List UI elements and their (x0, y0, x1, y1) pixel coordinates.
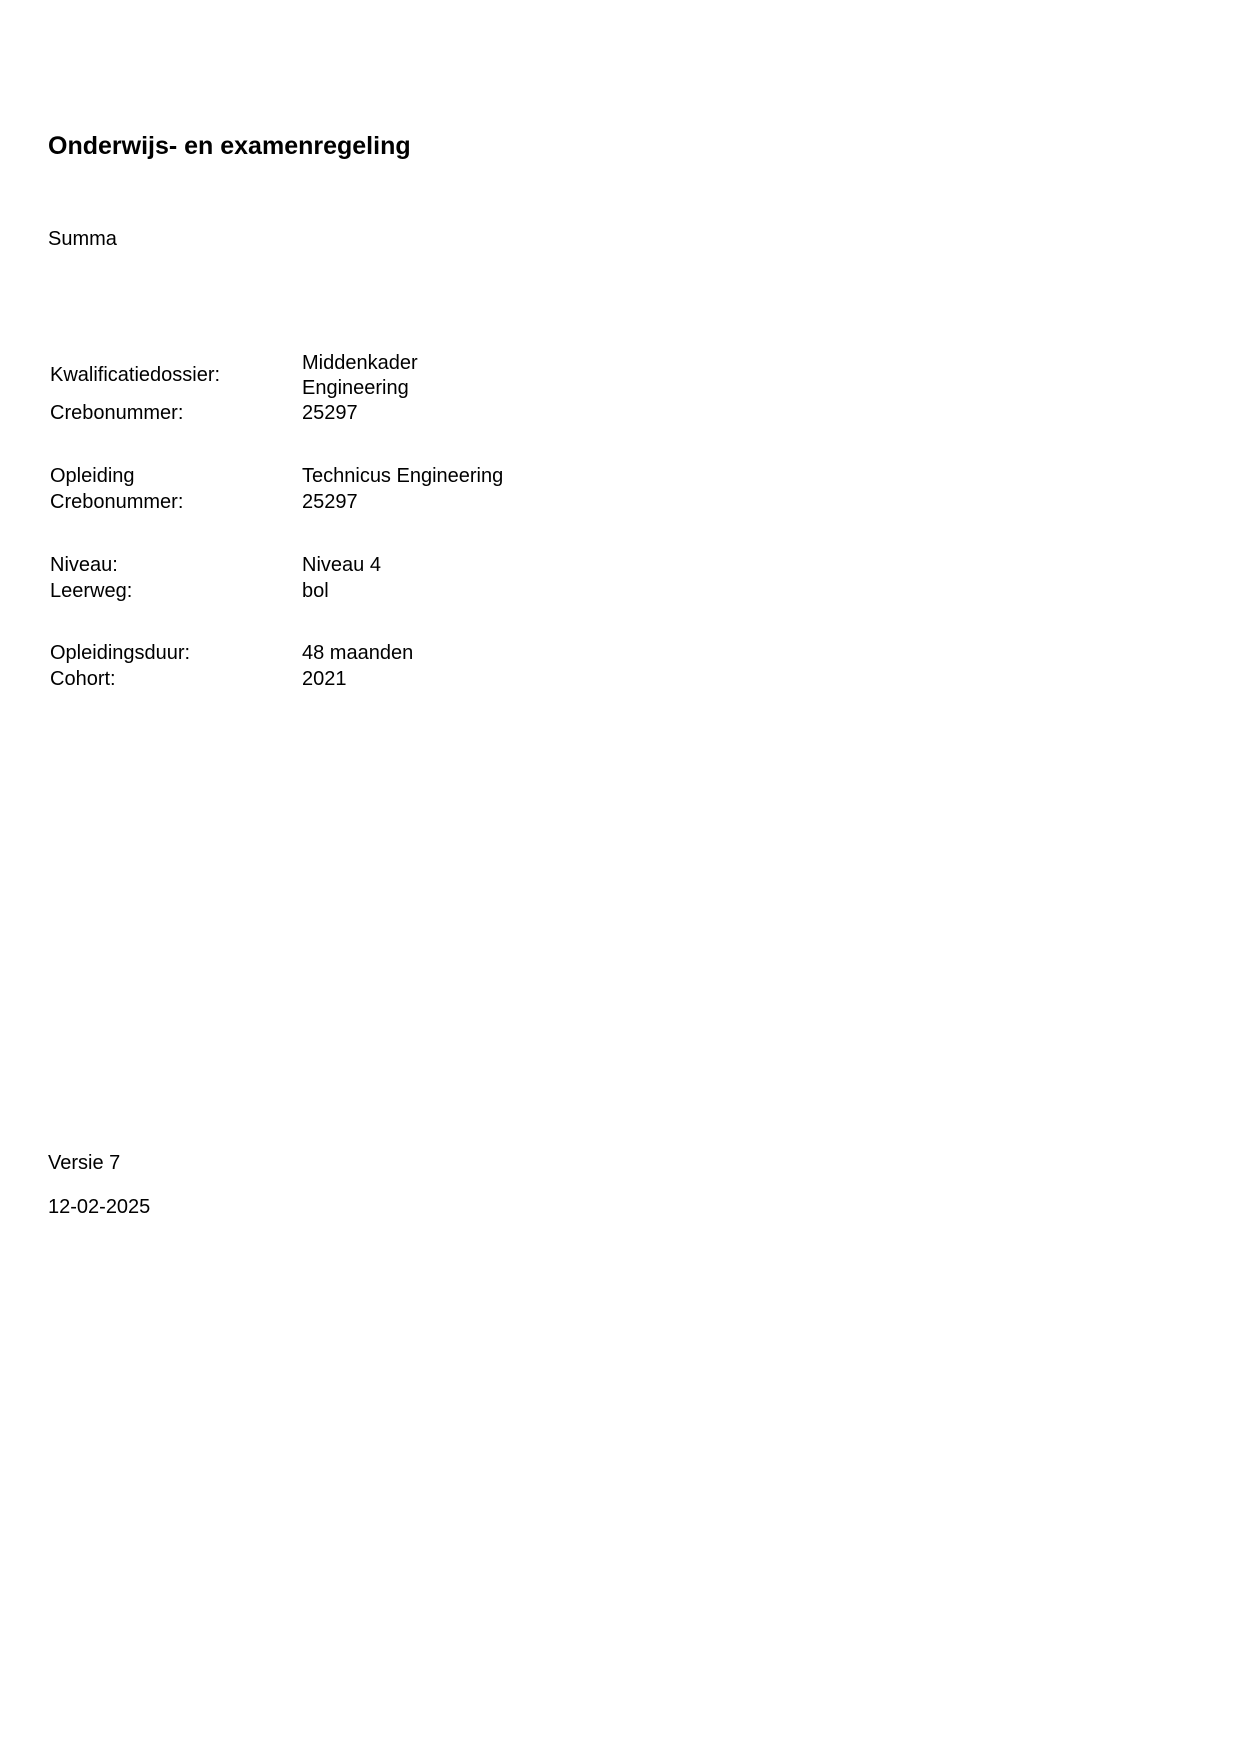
value-leerweg: bol (302, 581, 329, 601)
value-kwalificatiedossier-line2: Engineering (302, 378, 409, 398)
value-kwalificatiedossier-line1: Middenkader (302, 353, 418, 373)
value-cohort: 2021 (302, 669, 347, 689)
label-kwalificatiedossier: Kwalificatiedossier: (50, 365, 220, 385)
value-crebonummer-opleiding: 25297 (302, 492, 358, 512)
label-opleiding: Opleiding (50, 466, 135, 486)
label-cohort: Cohort: (50, 669, 116, 689)
organization-name: Summa (48, 229, 117, 249)
value-niveau: Niveau 4 (302, 555, 381, 575)
value-opleiding: Technicus Engineering (302, 466, 503, 486)
label-crebonummer-kwalificatie: Crebonummer: (50, 403, 183, 423)
document-title: Onderwijs- en examenregeling (48, 134, 411, 159)
label-opleidingsduur: Opleidingsduur: (50, 643, 190, 663)
version-label: Versie 7 (48, 1153, 120, 1173)
document-date: 12-02-2025 (48, 1197, 150, 1217)
label-niveau: Niveau: (50, 555, 118, 575)
value-crebonummer-kwalificatie: 25297 (302, 403, 358, 423)
value-opleidingsduur: 48 maanden (302, 643, 413, 663)
label-crebonummer-opleiding: Crebonummer: (50, 492, 183, 512)
label-leerweg: Leerweg: (50, 581, 132, 601)
